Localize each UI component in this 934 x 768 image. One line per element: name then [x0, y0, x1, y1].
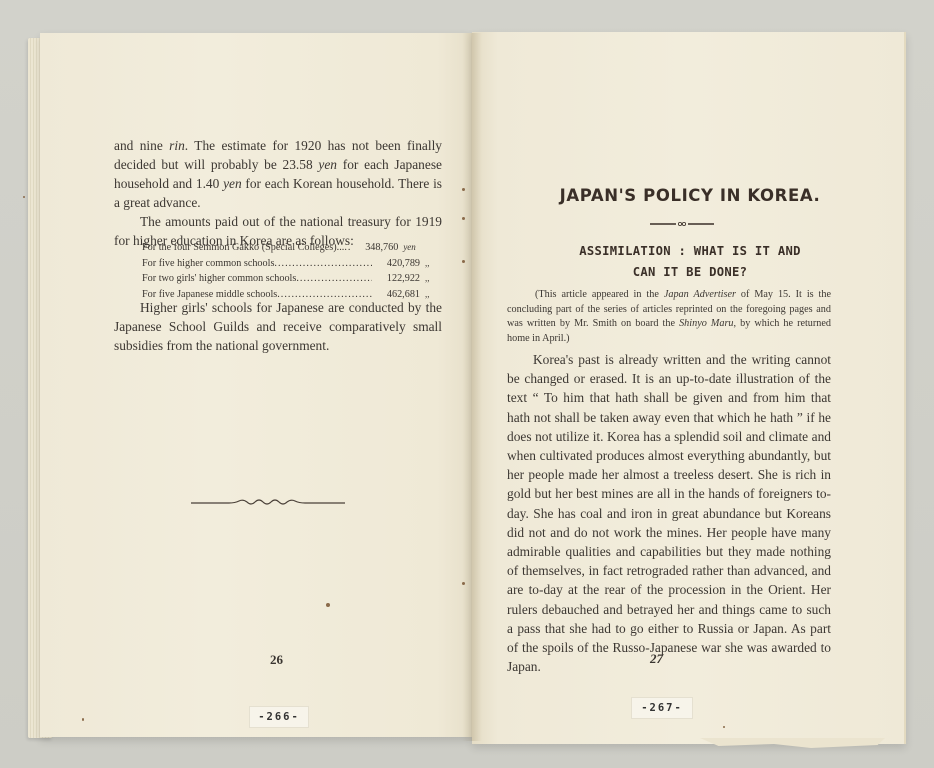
paper-speck — [326, 603, 330, 607]
paper-speck — [462, 582, 465, 585]
article-body: Korea's past is already written and the … — [507, 350, 831, 676]
paper-speck — [462, 217, 465, 220]
expenditure-row: For five higher common schools 420,789 ,… — [142, 256, 442, 272]
paper-speck — [462, 260, 465, 263]
archive-page-label-right: -267- — [631, 697, 693, 719]
title-divider-ornament — [650, 220, 714, 228]
left-page-body-continued: Higher girls' schools for Japanese are c… — [114, 298, 442, 355]
wavy-rule-ornament — [191, 496, 345, 510]
page-number-right: 27 — [650, 651, 663, 667]
expenditure-row: For two girls' higher common schools 122… — [142, 271, 442, 287]
paper-speck — [23, 196, 25, 198]
paper-speck — [723, 726, 725, 728]
scanned-book-spread: and nine rin. The estimate for 1920 has … — [0, 0, 934, 768]
paper-speck — [462, 188, 465, 191]
left-page-body: and nine rin. The estimate for 1920 has … — [114, 136, 442, 250]
torn-page-edge — [700, 738, 885, 748]
article-title: JAPAN'S POLICY IN KOREA. — [520, 186, 860, 205]
page-number-left: 26 — [270, 652, 283, 668]
paragraph-1: and nine rin. The estimate for 1920 has … — [114, 136, 442, 212]
paragraph-3: Higher girls' schools for Japanese are c… — [114, 298, 442, 355]
article-subtitle: ASSIMILATION : WHAT IS IT AND CAN IT BE … — [540, 241, 840, 283]
expenditure-table: For the four Semmon Gakko (Special Colle… — [142, 240, 442, 302]
book-gutter — [462, 33, 482, 741]
paper-speck — [82, 718, 84, 721]
archive-page-label-left: -266- — [249, 706, 309, 728]
editorial-note: (This article appeared in the Japan Adve… — [507, 288, 831, 346]
expenditure-row: For the four Semmon Gakko (Special Colle… — [142, 240, 442, 256]
